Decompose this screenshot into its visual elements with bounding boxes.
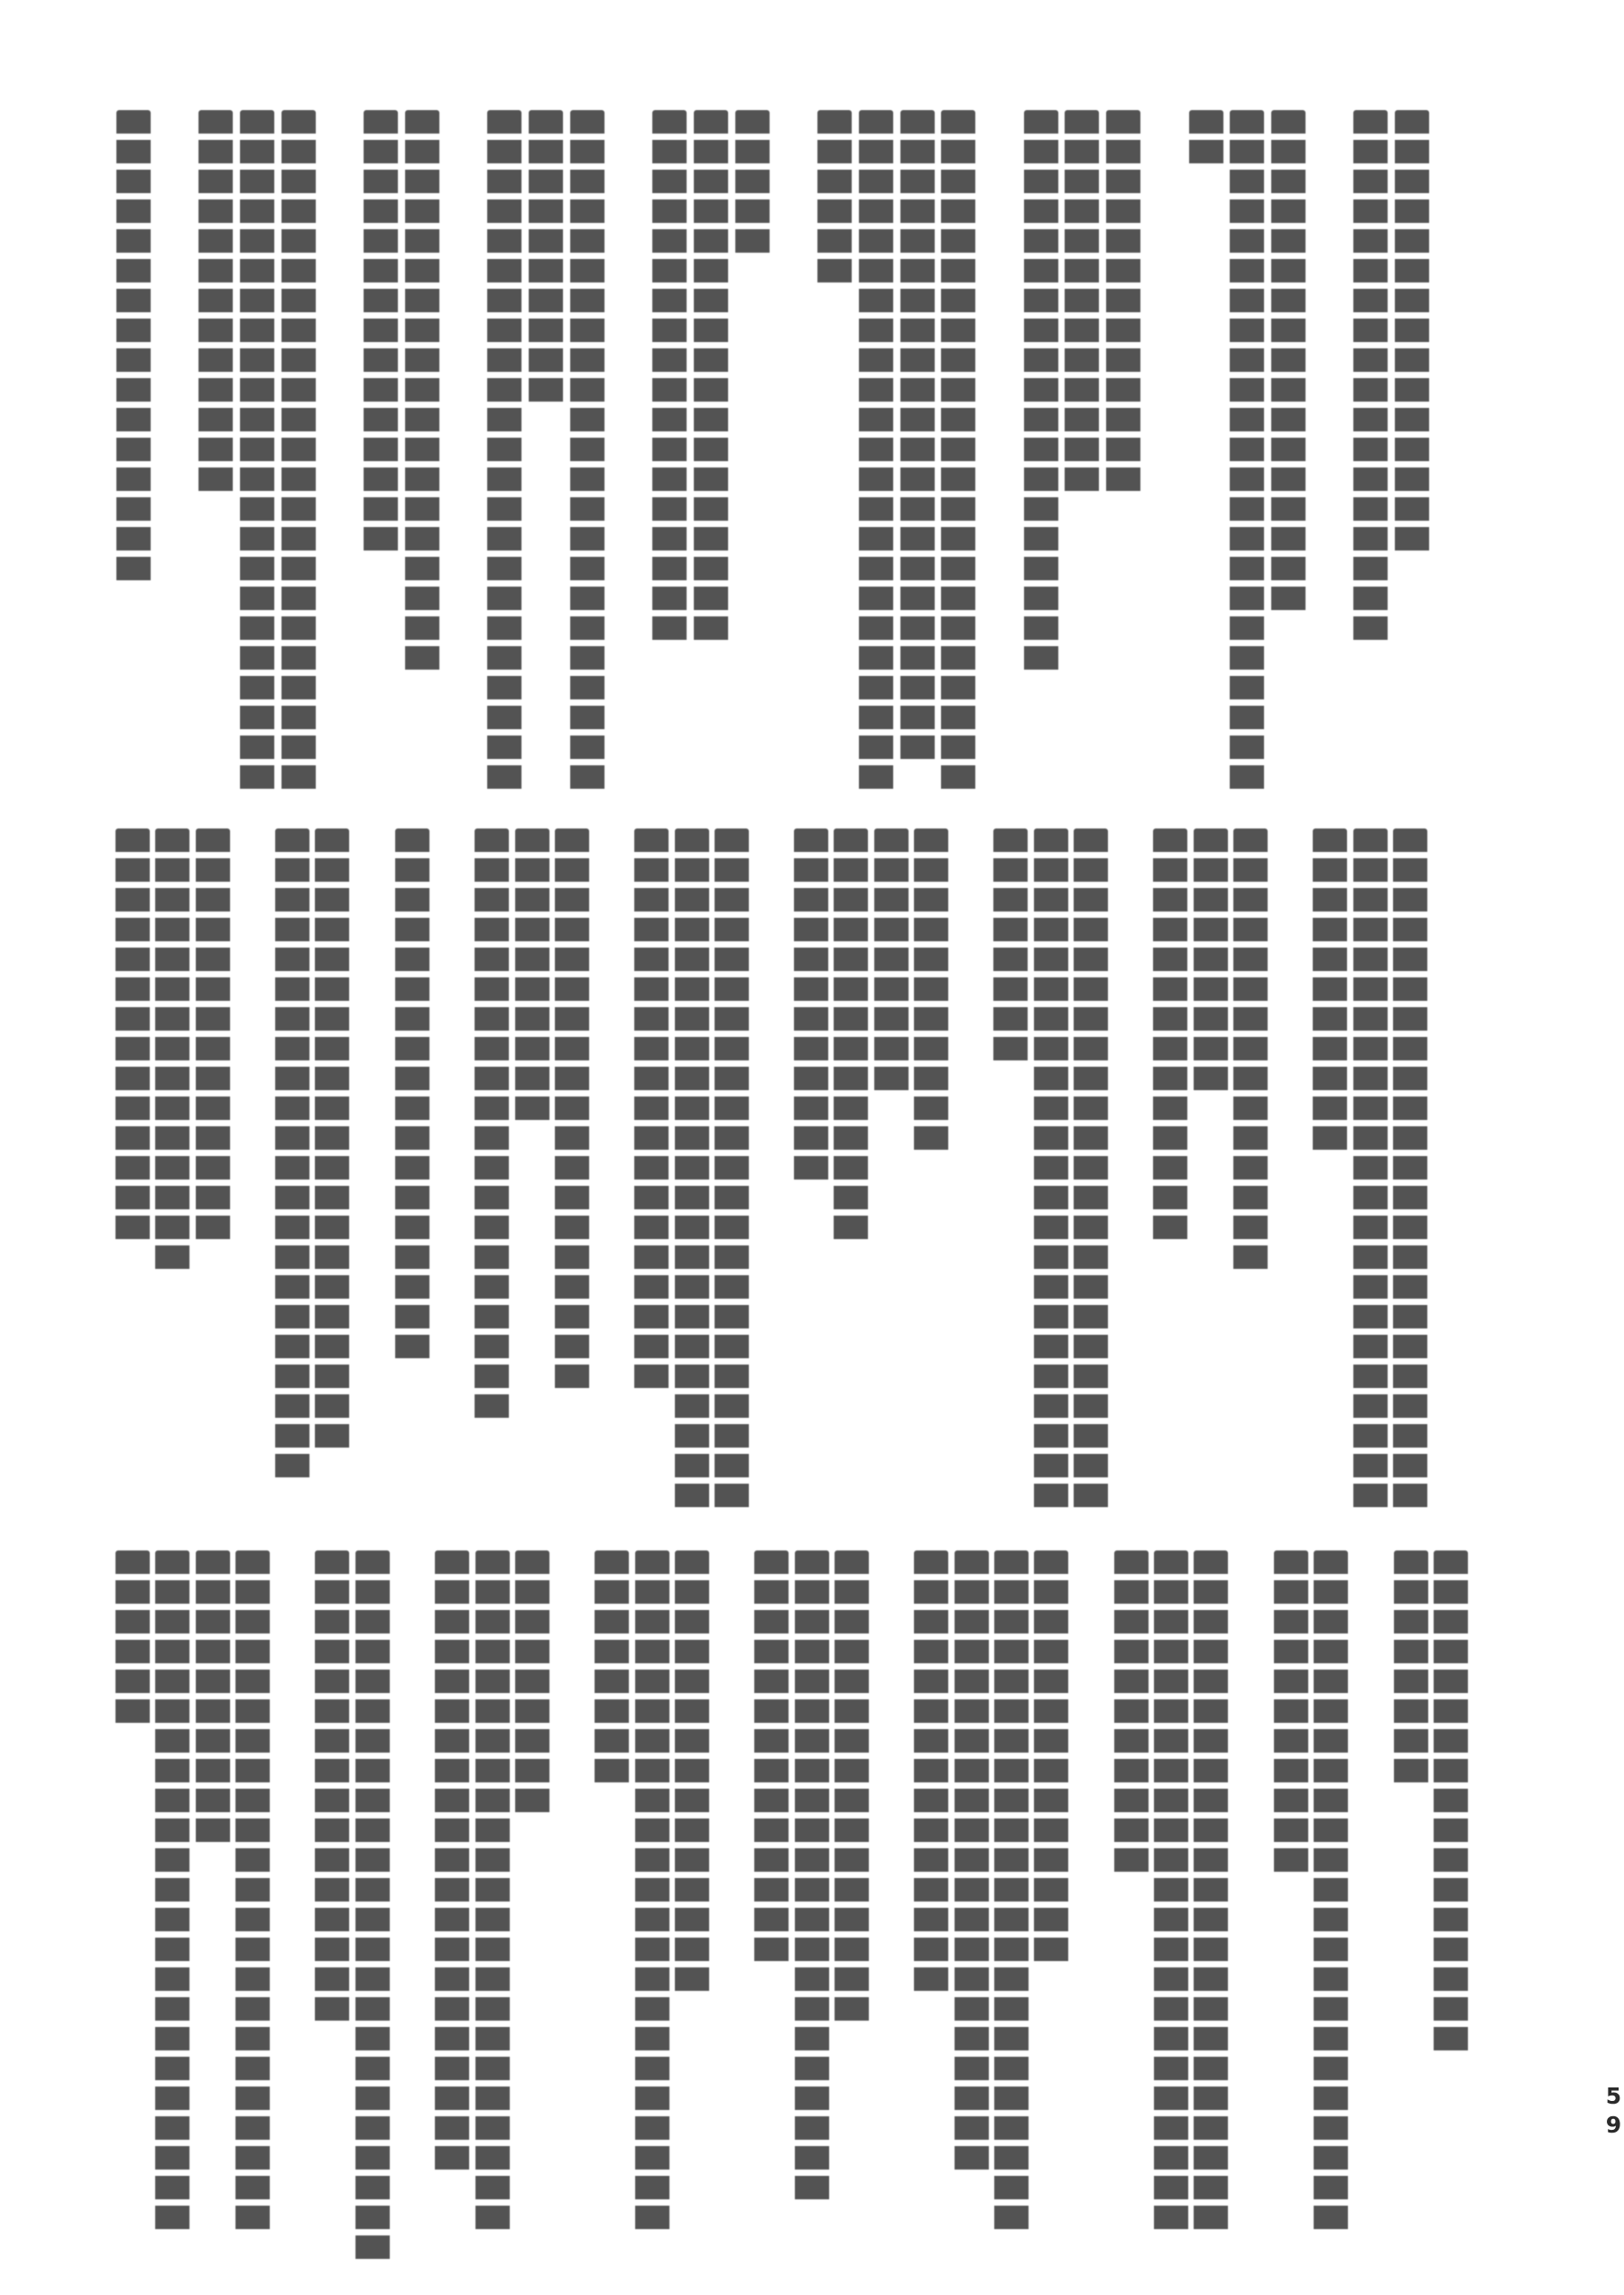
redacted-text-column <box>1065 110 1099 497</box>
redacted-text-column <box>395 828 429 1365</box>
redacted-text-column <box>196 828 230 1245</box>
redacted-text-column <box>515 828 549 1126</box>
redacted-text-column <box>515 1550 549 1818</box>
redacted-text-column <box>635 1550 669 2235</box>
redacted-text-column <box>1233 828 1268 1275</box>
redacted-text-column <box>993 828 1028 1067</box>
redacted-text-column <box>1106 110 1140 497</box>
text-block-bottom <box>113 1550 1471 2265</box>
redacted-text-column <box>1353 110 1388 646</box>
redacted-text-column <box>1230 110 1264 795</box>
redacted-text-column <box>1393 828 1427 1513</box>
redacted-text-column <box>115 828 150 1245</box>
redacted-text-column <box>155 828 189 1275</box>
redacted-text-column <box>435 1550 469 2176</box>
text-block-middle <box>113 828 1430 1513</box>
redacted-text-column <box>675 1550 709 1997</box>
redacted-text-column <box>900 110 935 765</box>
redacted-text-column <box>735 110 770 259</box>
redacted-text-column <box>1194 828 1228 1097</box>
redacted-text-column <box>315 828 349 1454</box>
redacted-text-column <box>914 828 948 1156</box>
redacted-text-column <box>240 110 274 795</box>
redacted-text-column <box>634 828 669 1394</box>
redacted-text-column <box>1024 110 1058 676</box>
redacted-text-column <box>196 1550 230 1848</box>
redacted-text-column <box>1274 1550 1308 1878</box>
redacted-text-column <box>715 828 749 1513</box>
redacted-text-column <box>405 110 439 676</box>
redacted-text-column <box>1189 110 1223 170</box>
redacted-text-column <box>835 1550 869 2027</box>
redacted-text-column <box>941 110 975 795</box>
redacted-text-column <box>1034 1550 1068 1967</box>
redacted-text-column <box>155 1550 189 2235</box>
redacted-text-column <box>1314 1550 1348 2235</box>
redacted-text-column <box>795 1550 829 2206</box>
redacted-text-column <box>355 1550 390 2265</box>
redacted-text-column <box>652 110 687 646</box>
redacted-text-column <box>1395 110 1429 557</box>
redacted-text-column <box>1394 1550 1428 1789</box>
redacted-text-column <box>994 1550 1029 2235</box>
redacted-text-column <box>914 1550 948 1997</box>
text-block-top <box>113 110 1433 795</box>
redacted-text-column <box>364 110 398 557</box>
redacted-text-column <box>1153 828 1187 1245</box>
page-number: 59 <box>1601 2083 1624 2141</box>
redacted-text-column <box>315 1550 349 2027</box>
redacted-text-column <box>529 110 563 408</box>
redacted-text-column <box>487 110 521 795</box>
redacted-text-column <box>754 1550 789 1967</box>
redacted-text-column <box>115 1550 150 1729</box>
redacted-text-column <box>859 110 893 795</box>
redacted-text-column <box>1114 1550 1149 1878</box>
redacted-text-column <box>1034 828 1068 1513</box>
redacted-text-column <box>1434 1550 1468 2057</box>
redacted-text-column <box>834 828 868 1245</box>
redacted-text-column <box>570 110 604 795</box>
redacted-text-column <box>595 1550 629 1789</box>
redacted-text-column <box>116 110 151 587</box>
redacted-text-column <box>281 110 316 795</box>
redacted-text-column <box>555 828 589 1394</box>
redacted-text-column <box>198 110 233 497</box>
redacted-text-column <box>675 828 709 1513</box>
redacted-text-column <box>794 828 828 1186</box>
redacted-text-column <box>1353 828 1388 1513</box>
redacted-text-column <box>1154 1550 1188 2235</box>
redacted-text-column <box>817 110 852 289</box>
redacted-text-column <box>1271 110 1306 616</box>
redacted-text-column <box>475 1550 510 2235</box>
redacted-text-column <box>475 828 509 1424</box>
redacted-text-column <box>955 1550 989 2176</box>
redacted-text-column <box>235 1550 270 2235</box>
redacted-text-column <box>1313 828 1347 1156</box>
redacted-text-column <box>1074 828 1108 1513</box>
redacted-text-column <box>874 828 909 1097</box>
redacted-text-column <box>1194 1550 1228 2235</box>
doujin-novel-page: 59 <box>0 0 1624 2295</box>
redacted-text-column <box>275 828 309 1484</box>
redacted-text-column <box>694 110 728 646</box>
